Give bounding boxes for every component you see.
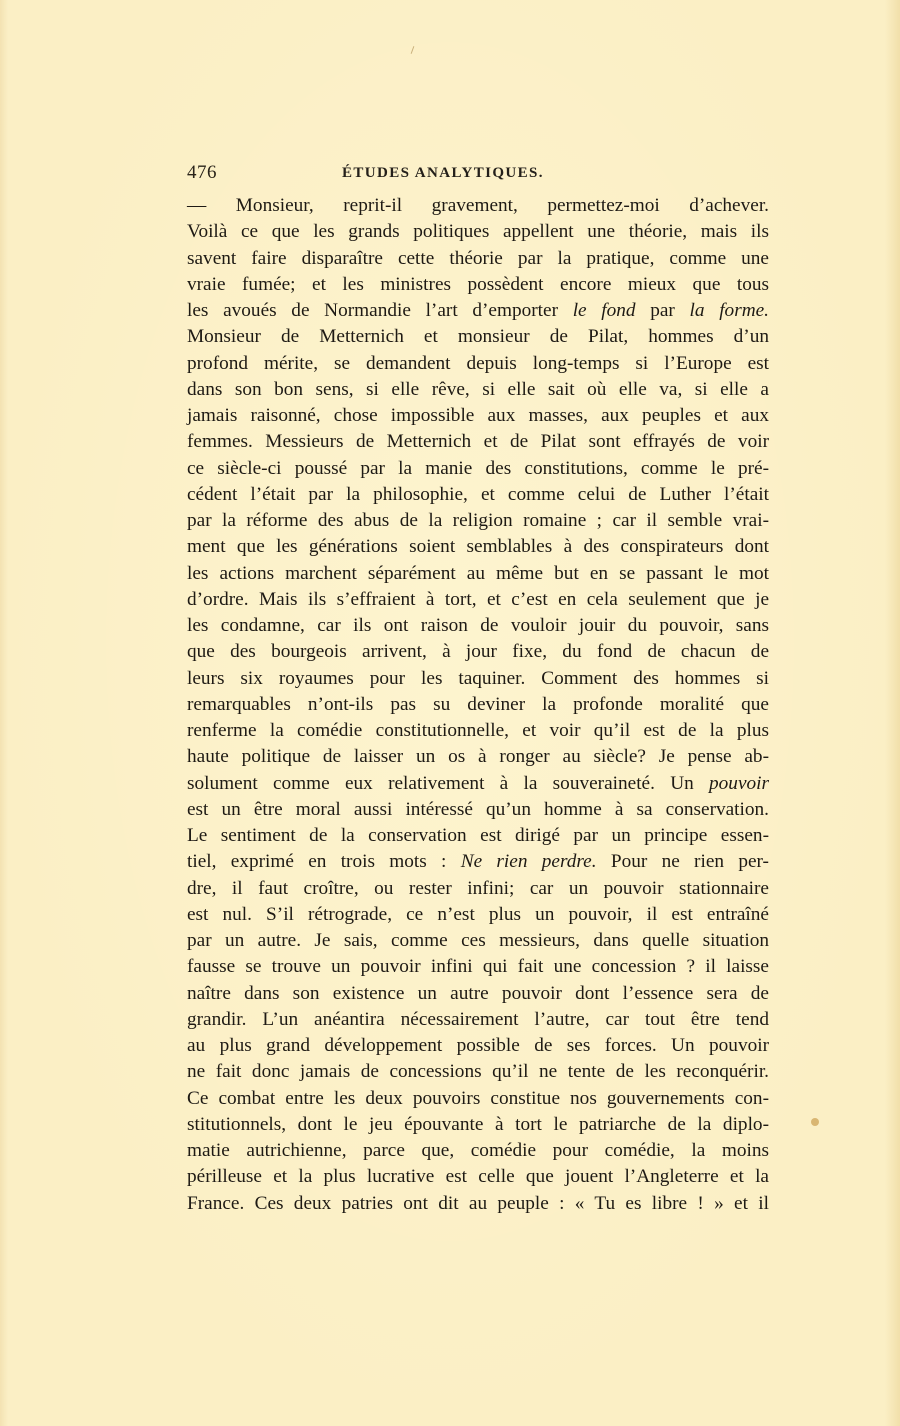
text-run: par un autre. Je sais, comme ces messieu… <box>187 930 769 951</box>
text-line: France. Ces deux patries ont dit au peup… <box>187 1191 769 1217</box>
text-run: d’ordre. Mais ils s’effraient à tort, et… <box>187 589 769 610</box>
text-line: — Monsieur, reprit-il gravement, permett… <box>187 193 769 219</box>
book-page: 476 ÉTUDES ANALYTIQUES. — Monsieur, repr… <box>0 0 900 1426</box>
text-line: leurs six royaumes pour les taquiner. Co… <box>187 666 769 692</box>
text-line: naître dans son existence un autre pouvo… <box>187 981 769 1007</box>
text-run: tiel, exprimé en trois mots : <box>187 851 461 872</box>
text-run: ce siècle-ci poussé par la manie des con… <box>187 458 769 479</box>
text-line: Monsieur de Metternich et monsieur de Pi… <box>187 324 769 350</box>
text-run: les avoués de Normandie l’art d’emporter <box>187 300 573 321</box>
text-run: — Monsieur, reprit-il gravement, permett… <box>187 195 769 216</box>
text-line: que des bourgeois arrivent, à jour fixe,… <box>187 639 769 665</box>
text-line: tiel, exprimé en trois mots : Ne rien pe… <box>187 849 769 875</box>
text-run: renferme la comédie constitutionnelle, e… <box>187 720 769 741</box>
text-line: vraie fumée; et les ministres possèdent … <box>187 272 769 298</box>
text-line: cédent l’était par la philosophie, et co… <box>187 482 769 508</box>
text-run: stitutionnels, dont le jeu épouvante à t… <box>187 1114 769 1135</box>
text-line: les actions marchent séparément au même … <box>187 561 769 587</box>
page-header: 476 ÉTUDES ANALYTIQUES. <box>187 162 767 184</box>
text-line: au plus grand développement possible de … <box>187 1033 769 1059</box>
text-run: femmes. Messieurs de Metternich et de Pi… <box>187 431 769 452</box>
running-title: ÉTUDES ANALYTIQUES. <box>342 165 544 182</box>
text-run: grandir. L’un anéantira nécessairement l… <box>187 1009 769 1030</box>
text-line: fausse se trouve un pouvoir infini qui f… <box>187 954 769 980</box>
text-line: ne fait donc jamais de concessions qu’il… <box>187 1059 769 1085</box>
text-run: haute politique de laisser un os à ronge… <box>187 746 769 767</box>
text-run: profond mérite, se demandent depuis long… <box>187 353 769 374</box>
text-run: jamais raisonné, chose impossible aux ma… <box>187 405 769 426</box>
text-run: dans son bon sens, si elle rêve, si elle… <box>187 379 769 400</box>
text-line: d’ordre. Mais ils s’effraient à tort, et… <box>187 587 769 613</box>
text-line: les avoués de Normandie l’art d’emporter… <box>187 298 769 324</box>
text-line: est nul. S’il rétrograde, ce n’est plus … <box>187 902 769 928</box>
text-line: Voilà ce que les grands politiques appel… <box>187 219 769 245</box>
text-run: est nul. S’il rétrograde, ce n’est plus … <box>187 904 769 925</box>
text-run: les actions marchent séparément au même … <box>187 563 769 584</box>
text-run: matie autrichienne, parce que, comédie p… <box>187 1140 769 1161</box>
text-run: Voilà ce que les grands politiques appel… <box>187 221 769 242</box>
text-line: dans son bon sens, si elle rêve, si elle… <box>187 377 769 403</box>
italic-text: le fond <box>573 300 636 321</box>
text-line: femmes. Messieurs de Metternich et de Pi… <box>187 429 769 455</box>
text-run: Le sentiment de la conservation est diri… <box>187 825 769 846</box>
text-run: au plus grand développement possible de … <box>187 1035 769 1056</box>
text-line: stitutionnels, dont le jeu épouvante à t… <box>187 1112 769 1138</box>
text-run: périlleuse et la plus lucrative est cell… <box>187 1166 769 1187</box>
text-run: Ce combat entre les deux pouvoirs consti… <box>187 1088 769 1109</box>
text-run: remarquables n’ont-ils pas su deviner la… <box>187 694 769 715</box>
text-run: solument comme eux relativement à la sou… <box>187 773 709 794</box>
italic-text: pouvoir <box>709 773 769 794</box>
paper-stain <box>811 1118 819 1126</box>
text-line: périlleuse et la plus lucrative est cell… <box>187 1164 769 1190</box>
text-run: par <box>636 300 690 321</box>
text-line: remarquables n’ont-ils pas su deviner la… <box>187 692 769 718</box>
text-run: dre, il faut croître, ou rester infini; … <box>187 878 769 899</box>
text-run: Monsieur de Metternich et monsieur de Pi… <box>187 326 769 347</box>
text-line: matie autrichienne, parce que, comédie p… <box>187 1138 769 1164</box>
text-line: Ce combat entre les deux pouvoirs consti… <box>187 1086 769 1112</box>
text-line: profond mérite, se demandent depuis long… <box>187 351 769 377</box>
text-run: fausse se trouve un pouvoir infini qui f… <box>187 956 769 977</box>
text-run: par la réforme des abus de la religion r… <box>187 510 769 531</box>
text-line: renferme la comédie constitutionnelle, e… <box>187 718 769 744</box>
page-number: 476 <box>187 162 217 184</box>
paper-mark <box>411 46 415 54</box>
text-run: savent faire disparaître cette théorie p… <box>187 248 769 269</box>
text-run: les condamne, car ils ont raison de voul… <box>187 615 769 636</box>
text-line: jamais raisonné, chose impossible aux ma… <box>187 403 769 429</box>
text-run: cédent l’était par la philosophie, et co… <box>187 484 769 505</box>
text-run: que des bourgeois arrivent, à jour fixe,… <box>187 641 769 662</box>
body-text: — Monsieur, reprit-il gravement, permett… <box>187 193 769 1217</box>
text-line: dre, il faut croître, ou rester infini; … <box>187 876 769 902</box>
text-line: les condamne, car ils ont raison de voul… <box>187 613 769 639</box>
italic-text: Ne rien perdre. <box>461 851 597 872</box>
text-run: leurs six royaumes pour les taquiner. Co… <box>187 668 769 689</box>
text-line: haute politique de laisser un os à ronge… <box>187 744 769 770</box>
text-line: est un être moral aussi intéressé qu’un … <box>187 797 769 823</box>
text-line: grandir. L’un anéantira nécessairement l… <box>187 1007 769 1033</box>
italic-text: la forme. <box>690 300 769 321</box>
text-run: vraie fumée; et les ministres possèdent … <box>187 274 769 295</box>
text-line: par la réforme des abus de la religion r… <box>187 508 769 534</box>
text-run: ment que les générations soient semblabl… <box>187 536 769 557</box>
text-line: solument comme eux relativement à la sou… <box>187 771 769 797</box>
text-line: ment que les générations soient semblabl… <box>187 534 769 560</box>
text-line: Le sentiment de la conservation est diri… <box>187 823 769 849</box>
text-line: ce siècle-ci poussé par la manie des con… <box>187 456 769 482</box>
text-run: France. Ces deux patries ont dit au peup… <box>187 1193 769 1214</box>
text-run: Pour ne rien per- <box>597 851 769 872</box>
text-run: naître dans son existence un autre pouvo… <box>187 983 769 1004</box>
text-line: savent faire disparaître cette théorie p… <box>187 246 769 272</box>
text-line: par un autre. Je sais, comme ces messieu… <box>187 928 769 954</box>
text-run: est un être moral aussi intéressé qu’un … <box>187 799 769 820</box>
text-run: ne fait donc jamais de concessions qu’il… <box>187 1061 769 1082</box>
